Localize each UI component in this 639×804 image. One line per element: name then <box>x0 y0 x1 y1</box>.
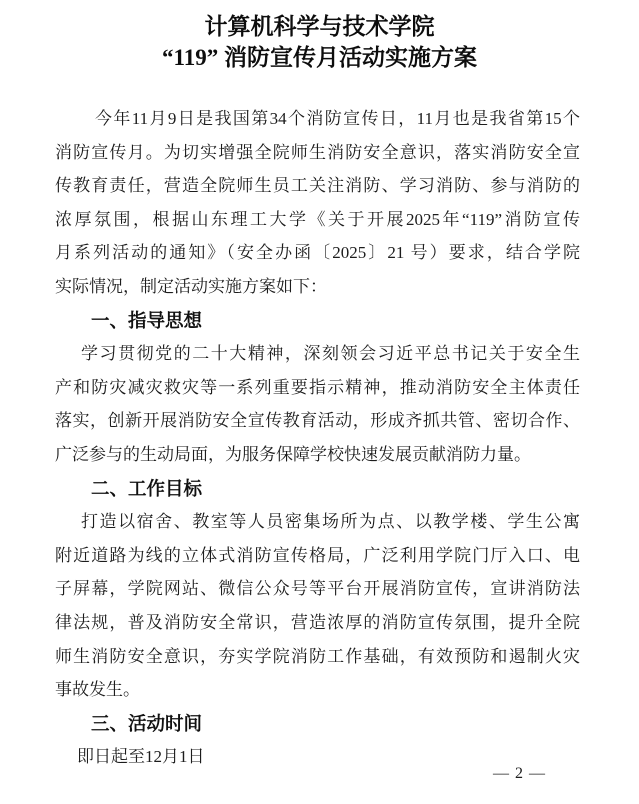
document-line: 律法规，普及消防安全常识，营造浓厚的消防宣传氛围，提升全院 <box>55 606 580 640</box>
document-line: 实际情况，制定活动实施方案如下： <box>55 270 580 304</box>
document-line: 师生消防安全意识，夯实学院消防工作基础，有效预防和遏制火灾 <box>55 640 580 674</box>
document-page: 计算机科学与技术学院 “119” 消防宣传月活动实施方案 今年11月9日是我国第… <box>0 0 639 804</box>
document-line: 消防宣传月。为切实增强全院师生消防安全意识，落实消防安全宣 <box>55 136 580 170</box>
document-line: 今年11月9日是我国第34个消防宣传日，11月也是我省第15个 <box>55 102 580 136</box>
document-title: 计算机科学与技术学院 “119” 消防宣传月活动实施方案 <box>0 11 639 73</box>
document-body: 今年11月9日是我国第34个消防宣传日，11月也是我省第15个消防宣传月。为切实… <box>55 102 580 774</box>
document-line: 月系列活动的通知》（安全办函〔2025〕21 号）要求，结合学院 <box>55 236 580 270</box>
document-line: 落实，创新开展消防安全宣传教育活动，形成齐抓共管、密切合作、 <box>55 404 580 438</box>
document-line: 传教育责任，营造全院师生员工关注消防、学习消防、参与消防的 <box>55 169 580 203</box>
section-heading: 二、工作目标 <box>55 472 580 506</box>
document-line: 子屏幕，学院网站、微信公众号等平台开展消防宣传，宣讲消防法 <box>55 572 580 606</box>
section-heading: 三、活动时间 <box>55 707 580 741</box>
document-line: 广泛参与的生动局面，为服务保障学校快速发展贡献消防力量。 <box>55 438 580 472</box>
document-line: 学习贯彻党的二十大精神，深刻领会习近平总书记关于安全生 <box>55 337 580 371</box>
document-line: 打造以宿舍、教室等人员密集场所为点、以教学楼、学生公寓 <box>55 505 580 539</box>
document-line: 浓厚氛围，根据山东理工大学《关于开展2025年“119”消防宣传 <box>55 203 580 237</box>
section-heading: 一、指导思想 <box>55 304 580 338</box>
document-line: 附近道路为线的立体式消防宣传格局，广泛利用学院门厅入口、电 <box>55 539 580 573</box>
document-line: 产和防灾减灾救灾等一系列重要指示精神，推动消防安全主体责任 <box>55 371 580 405</box>
page-number: — 2 — <box>493 765 546 783</box>
document-title-line-1: 计算机科学与技术学院 <box>0 11 639 42</box>
document-line: 事故发生。 <box>55 673 580 707</box>
document-title-line-2: “119” 消防宣传月活动实施方案 <box>0 42 639 73</box>
